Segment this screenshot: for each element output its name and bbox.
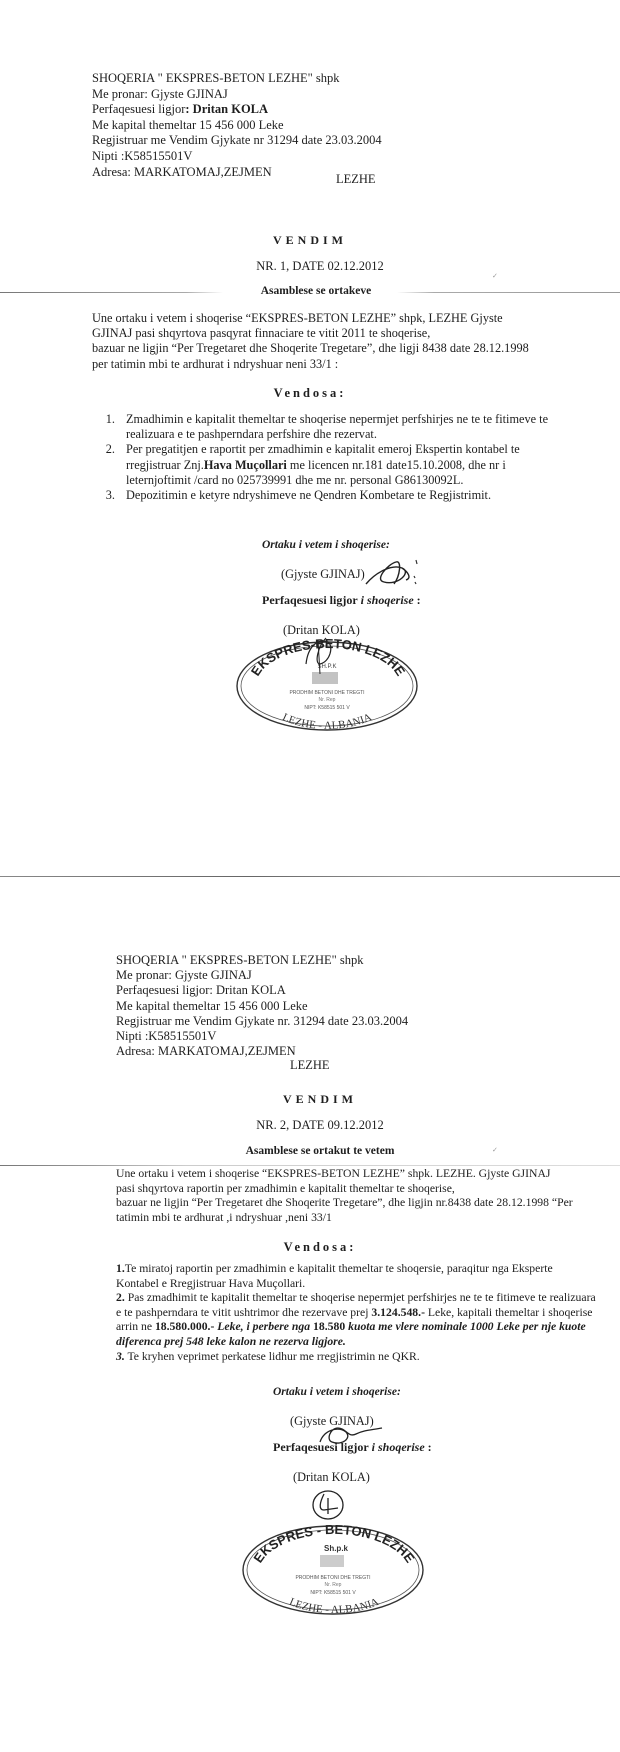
svg-text:Sh.p.k: Sh.p.k — [324, 1544, 349, 1553]
svg-text:NIPT: K58515 501 V: NIPT: K58515 501 V — [304, 705, 350, 711]
decision-title: VENDIM — [0, 1092, 620, 1107]
company-stamp-icon: EKSPRES - BETON LEZHE Sh.p.k PRODHIM BET… — [240, 1518, 426, 1618]
rep-line: Perfaqesuesi ligjor: Dritan KOLA — [92, 102, 382, 118]
address-line: Adresa: MARKATOMAJ,ZEJMEN — [116, 1044, 408, 1059]
decision-number-date: NR. 2, DATE 09.12.2012 — [0, 1118, 620, 1133]
rep-signature-title: Perfaqesuesi ligjor i shoqerise : — [273, 1440, 432, 1455]
svg-text:LEZHE - ALBANIA: LEZHE - ALBANIA — [280, 711, 373, 732]
rep-name: (Dritan KOLA) — [293, 1470, 370, 1485]
decision-item: Zmadhimin e kapitalit themeltar te shoqe… — [118, 412, 558, 442]
capital-line: Me kapital themeltar 15 456 000 Leke — [92, 118, 382, 134]
nipt-line: Nipti :K58515501V — [116, 1029, 408, 1044]
svg-text:LEZHE - ALBANIA: LEZHE - ALBANIA — [287, 1596, 380, 1616]
assembly-title: Asamblese se ortakeve — [0, 285, 620, 297]
decision-title: VENDIM — [0, 233, 620, 248]
page-separator — [0, 876, 620, 877]
decision-item: Depozitimin e ketyre ndryshimeve ne Qend… — [118, 488, 558, 503]
svg-text:SH.P.K: SH.P.K — [318, 664, 337, 670]
rep-signature-title: Perfaqesuesi ligjor i shoqerise : — [262, 593, 421, 608]
rep-signature-icon — [310, 1488, 346, 1522]
owner-line: Me pronar: Gjyste GJINAJ — [116, 968, 408, 983]
city-line: LEZHE — [336, 172, 376, 188]
svg-text:Nr. Rep: Nr. Rep — [319, 697, 336, 703]
decision-number-date: NR. 1, DATE 02.12.2012 — [0, 259, 620, 274]
decision-item: 2. Pas zmadhimit te kapitalit themeltar … — [116, 1291, 596, 1349]
intro-paragraph: Une ortaku i vetem i shoqerise “EKSPRES-… — [116, 1167, 616, 1225]
svg-text:Nr. Rep: Nr. Rep — [325, 1582, 342, 1588]
assembly-title: Asamblese se ortakut te vetem — [0, 1145, 620, 1157]
page-edge-line — [0, 1165, 620, 1166]
decided-heading: Vendosa: — [0, 1240, 620, 1255]
partner-signature-title: Ortaku i vetem i shoqerise: — [262, 539, 390, 551]
svg-text:PRODHIM BETONI DHE TREGTI: PRODHIM BETONI DHE TREGTI — [289, 690, 364, 696]
decision-item: 3. Te kryhen veprimet perkatese lidhur m… — [116, 1350, 596, 1365]
owner-line: Me pronar: Gjyste GJINAJ — [92, 87, 382, 103]
intro-paragraph: Une ortaku i vetem i shoqerise “EKSPRES-… — [92, 311, 612, 372]
decision-item: 1.Te miratoj raportin per zmadhimin e ka… — [116, 1262, 596, 1291]
decision-item: Per pregatitjen e raportit per zmadhimin… — [118, 442, 558, 488]
scan-mark: ✓ — [492, 1146, 498, 1154]
decisions-list: Zmadhimin e kapitalit themeltar te shoqe… — [92, 412, 558, 503]
partner-signature-title: Ortaku i vetem i shoqerise: — [273, 1386, 401, 1398]
decided-heading: Vendosa: — [0, 386, 620, 401]
nipt-line: Nipti :K58515501V — [92, 149, 382, 165]
scan-mark: ✓ — [492, 272, 498, 280]
partner-name: (Gjyste GJINAJ) — [281, 567, 365, 582]
registration-line: Regjistruar me Vendim Gjykate nr. 31294 … — [116, 1014, 408, 1029]
registration-line: Regjistruar me Vendim Gjykate nr 31294 d… — [92, 133, 382, 149]
capital-line: Me kapital themeltar 15 456 000 Leke — [116, 999, 408, 1014]
svg-text:NIPT: K58515 501 V: NIPT: K58515 501 V — [310, 1590, 356, 1596]
company-stamp-icon: EKSPRES-BETON LEZHE SH.P.K PRODHIM BETON… — [234, 634, 420, 734]
company-name: SHOQERIA " EKSPRES-BETON LEZHE" shpk — [92, 71, 382, 87]
company-header: SHOQERIA " EKSPRES-BETON LEZHE" shpk Me … — [92, 71, 382, 180]
rep-line: Perfaqesuesi ligjor: Dritan KOLA — [116, 983, 408, 998]
company-header: SHOQERIA " EKSPRES-BETON LEZHE" shpk Me … — [116, 953, 408, 1059]
partner-signature-icon — [362, 558, 424, 592]
company-name: SHOQERIA " EKSPRES-BETON LEZHE" shpk — [116, 953, 408, 968]
city-line: LEZHE — [290, 1058, 330, 1074]
svg-text:PRODHIM BETONI DHE TREGTI: PRODHIM BETONI DHE TREGTI — [295, 1575, 370, 1581]
decisions-list: 1.Te miratoj raportin per zmadhimin e ka… — [116, 1262, 596, 1364]
